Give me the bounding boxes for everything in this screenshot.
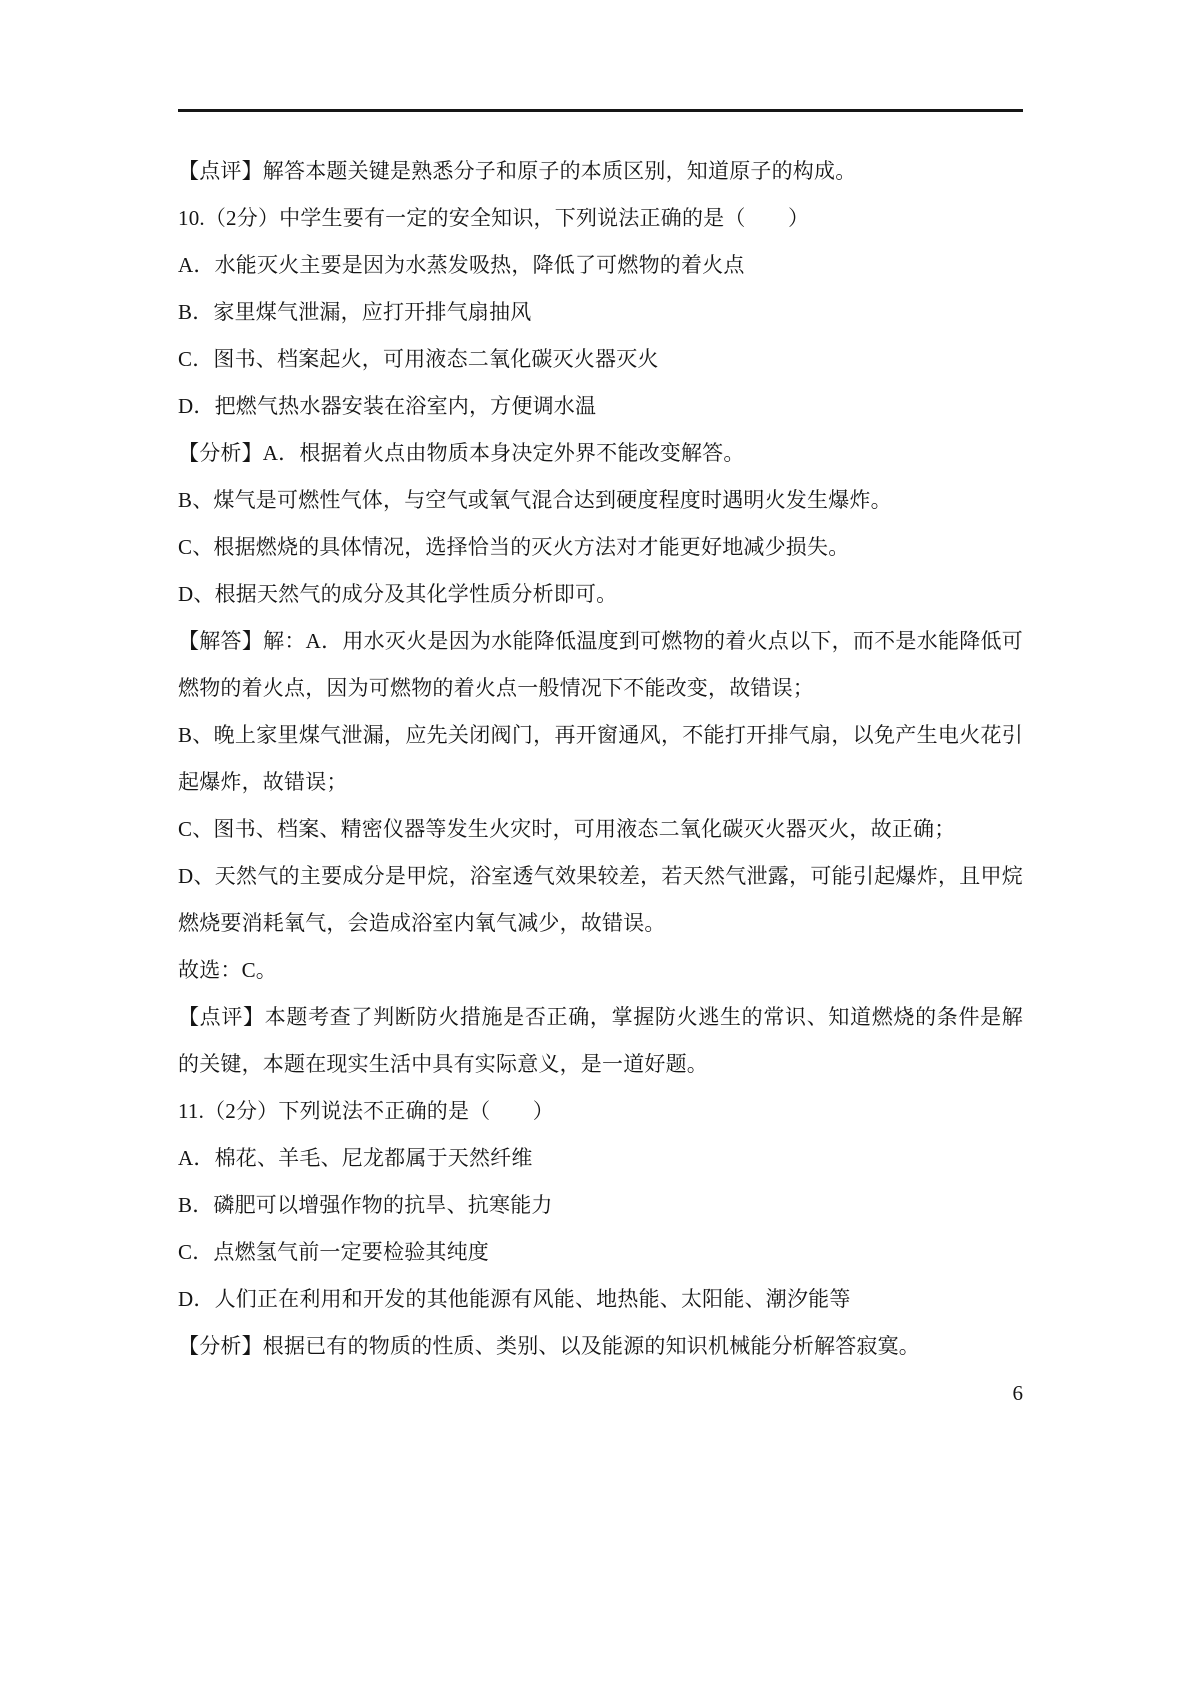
text-line: 【解答】解：A．用水灭火是因为水能降低温度到可燃物的着火点以下，而不是水能降低可 — [178, 618, 1023, 665]
text-line: D．把燃气热水器安装在浴室内，方便调水温 — [178, 383, 1023, 430]
header-rule — [178, 109, 1023, 112]
page-number: 6 — [178, 1380, 1023, 1406]
text-line: A．棉花、羊毛、尼龙都属于天然纤维 — [178, 1135, 1023, 1182]
text-line: 故选：C。 — [178, 947, 1023, 994]
document-page: 【点评】解答本题关键是熟悉分子和原子的本质区别，知道原子的构成。10.（2分）中… — [0, 0, 1200, 1698]
text-line: C、根据燃烧的具体情况，选择恰当的灭火方法对才能更好地减少损失。 — [178, 524, 1023, 571]
text-line: B．家里煤气泄漏，应打开排气扇抽风 — [178, 289, 1023, 336]
text-line: 【分析】根据已有的物质的性质、类别、以及能源的知识机械能分析解答寂寞。 — [178, 1323, 1023, 1370]
text-line: B、晚上家里煤气泄漏，应先关闭阀门，再开窗通风，不能打开排气扇，以免产生电火花引 — [178, 712, 1023, 759]
text-line: 10.（2分）中学生要有一定的安全知识，下列说法正确的是（ ） — [178, 195, 1023, 242]
text-line: 【分析】A．根据着火点由物质本身决定外界不能改变解答。 — [178, 430, 1023, 477]
text-line: 燃烧要消耗氧气，会造成浴室内氧气减少，故错误。 — [178, 900, 1023, 947]
text-line: D、根据天然气的成分及其化学性质分析即可。 — [178, 571, 1023, 618]
text-line: C．点燃氢气前一定要检验其纯度 — [178, 1229, 1023, 1276]
text-line: 燃物的着火点，因为可燃物的着火点一般情况下不能改变，故错误； — [178, 665, 1023, 712]
text-line: A．水能灭火主要是因为水蒸发吸热，降低了可燃物的着火点 — [178, 242, 1023, 289]
text-line: 【点评】解答本题关键是熟悉分子和原子的本质区别，知道原子的构成。 — [178, 148, 1023, 195]
text-line: C．图书、档案起火，可用液态二氧化碳灭火器灭火 — [178, 336, 1023, 383]
text-line: D．人们正在利用和开发的其他能源有风能、地热能、太阳能、潮汐能等 — [178, 1276, 1023, 1323]
text-line: 11.（2分）下列说法不正确的是（ ） — [178, 1088, 1023, 1135]
document-lines: 【点评】解答本题关键是熟悉分子和原子的本质区别，知道原子的构成。10.（2分）中… — [178, 148, 1023, 1370]
text-line: D、天然气的主要成分是甲烷，浴室透气效果较差，若天然气泄露，可能引起爆炸，且甲烷 — [178, 853, 1023, 900]
text-line: 【点评】本题考查了判断防火措施是否正确，掌握防火逃生的常识、知道燃烧的条件是解题 — [178, 994, 1023, 1041]
text-line: C、图书、档案、精密仪器等发生火灾时，可用液态二氧化碳灭火器灭火，故正确； — [178, 806, 1023, 853]
text-line: B、煤气是可燃性气体，与空气或氧气混合达到硬度程度时遇明火发生爆炸。 — [178, 477, 1023, 524]
text-line: 的关键，本题在现实生活中具有实际意义，是一道好题。 — [178, 1041, 1023, 1088]
text-line: 起爆炸，故错误； — [178, 759, 1023, 806]
text-line: B．磷肥可以增强作物的抗旱、抗寒能力 — [178, 1182, 1023, 1229]
